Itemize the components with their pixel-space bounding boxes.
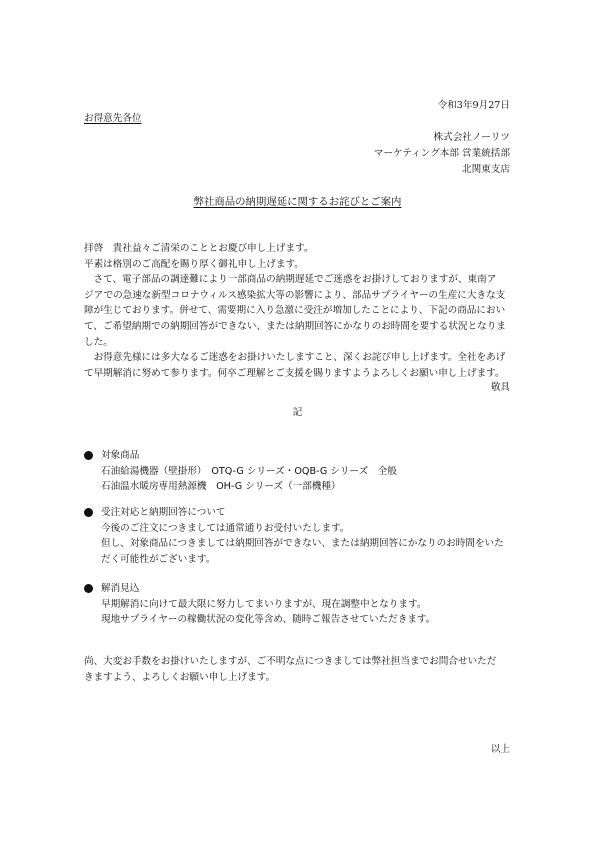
- item-order-response: 受注対応と納期回答について 今後のご注文につきましては通常通りお受付いたします。…: [84, 505, 524, 567]
- item-resolution-outlook: 解消見込 早期解消に向けて最大限に努力してまいりますが、現在調整中となります。 …: [84, 581, 524, 628]
- item-heading: 解消見込: [101, 581, 524, 597]
- item-heading: 対象商品: [101, 448, 524, 464]
- ki-marker: 記: [0, 405, 595, 421]
- body-paragraph: 拝啓 貴社益々ご清栄のこととお慶び申し上げます。 平素は格別のご高配を賜り厚く御…: [84, 241, 510, 381]
- document-title: 弊社商品の納期遅延に関するお詫びとご案内: [0, 195, 595, 211]
- item-line: 早期解消に向けて最大限に努力してまいりますが、現在調整中となります。: [101, 597, 524, 613]
- sender-company: 株式会社ノーリツ: [434, 130, 510, 146]
- item-line: だく可能性がございます。: [101, 552, 524, 568]
- recipient: お得意先各位: [84, 111, 142, 127]
- body-line: 拝啓 貴社益々ご清栄のこととお慶び申し上げます。: [84, 241, 510, 257]
- item-line: 石油給湯機器（壁掛形） OTQ-G シリーズ・OQB-G シリーズ 全般: [101, 464, 524, 480]
- body-line: お得意先様には多大なるご迷惑をお掛けいたしますこと、深くお詫び申し上げます。全社…: [84, 350, 510, 366]
- sender-branch: 北関東支店: [462, 162, 510, 178]
- item-line: 石油温水暖房専用熱源機 OH-G シリーズ（一部機種）: [101, 479, 524, 495]
- body-line: した。: [84, 335, 510, 351]
- bullet-icon: [84, 451, 93, 460]
- closing-keigu: 敬具: [491, 380, 510, 396]
- footer-line: 尚、大変お手数をお掛けいたしますが、ご不明な点につきましては弊社担当までお問合せ…: [84, 654, 510, 670]
- bullet-icon: [84, 508, 93, 517]
- item-target-products: 対象商品 石油給湯機器（壁掛形） OTQ-G シリーズ・OQB-G シリーズ 全…: [84, 448, 524, 495]
- item-heading: 受注対応と納期回答について: [101, 505, 524, 521]
- bullet-icon: [84, 584, 93, 593]
- body-line: 平素は格別のご高配を賜り厚く御礼申し上げます。: [84, 257, 510, 273]
- footer-line: きますよう、よろしくお願い申し上げます。: [84, 670, 510, 686]
- item-line: 但し、対象商品につきましては納期回答ができない、または納期回答にかなりのお時間を…: [101, 536, 524, 552]
- letter-date: 令和3年9月27日: [438, 98, 510, 114]
- item-line: 今後のご注文につきましては通常通りお受付いたします。: [101, 521, 524, 537]
- footer-paragraph: 尚、大変お手数をお掛けいたしますが、ご不明な点につきましては弊社担当までお問合せ…: [84, 654, 510, 685]
- closing-ijou: 以上: [491, 742, 510, 758]
- body-line: て早期解消に努めて参ります。何卒ご理解とご支援を賜りますようよろしくお願い申し上…: [84, 366, 510, 382]
- body-line: て、ご希望納期での納期回答ができない、または納期回答にかなりのお時間を要する状況…: [84, 319, 510, 335]
- body-line: さて、電子部品の調達難により一部商品の納期遅延でご迷惑をお掛けしておりますが、東…: [84, 272, 510, 288]
- sender-department: マーケティング本部 営業統括部: [374, 146, 510, 162]
- item-line: 現地サプライヤーの稼働状況の変化等含め、随時ご報告させていただきます。: [101, 612, 524, 628]
- body-line: 障が生じております。併せて、需要期に入り急激に受注が増加したことにより、下記の商…: [84, 303, 510, 319]
- body-line: ジアでの急速な新型コロナウィルス感染拡大等の影響により、部品サプライヤーの生産に…: [84, 288, 510, 304]
